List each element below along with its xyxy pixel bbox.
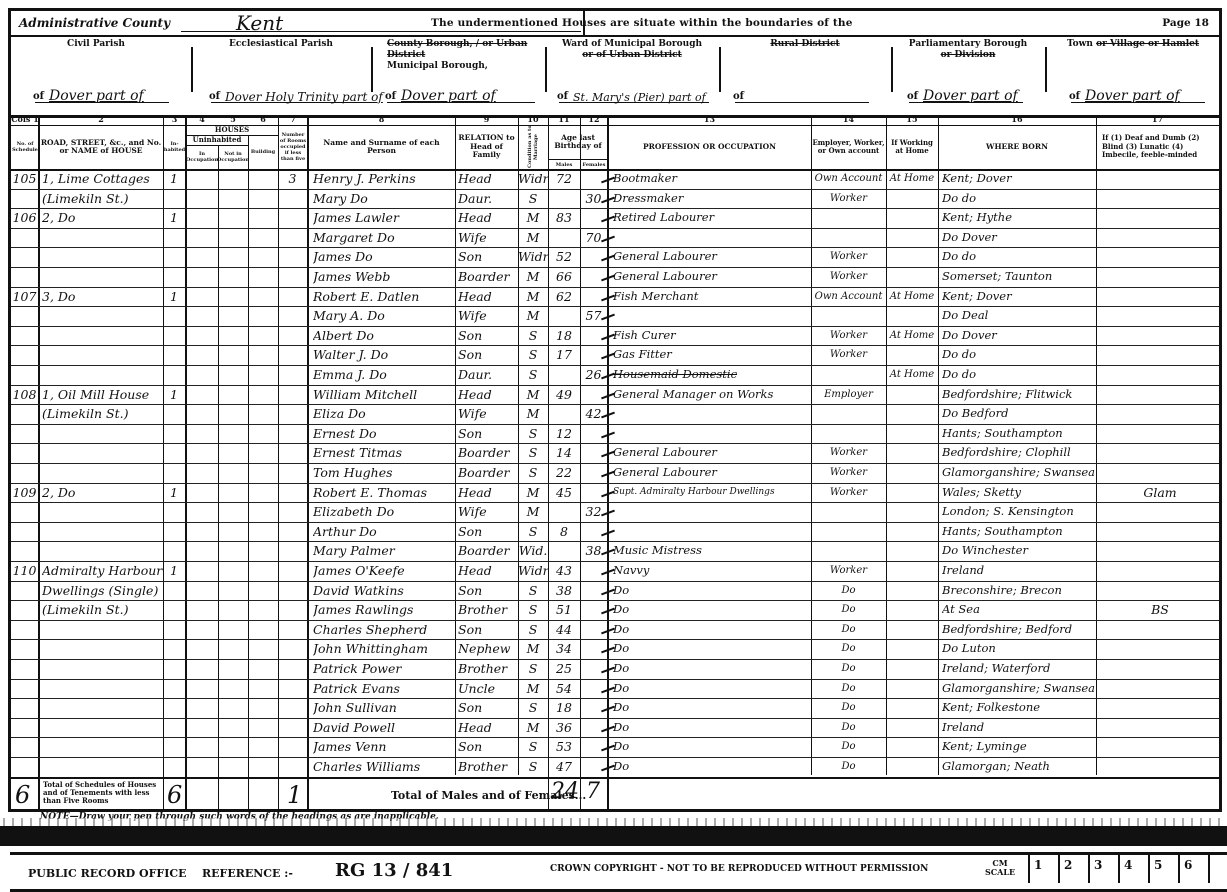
schedule-number	[11, 679, 38, 699]
age-male	[548, 228, 580, 248]
person-name: James O'Keefe	[313, 561, 455, 581]
relation: Nephew	[458, 639, 518, 659]
schedule-number	[11, 659, 38, 679]
table-row: Albert DoSonS18Fish CurerWorkerAt HomeDo…	[11, 326, 1219, 347]
table-row: James VennSonS53DoDoKent; Lyminge	[11, 737, 1219, 758]
birthplace: Do do	[942, 189, 1096, 209]
scale-mark: 1	[1028, 855, 1058, 883]
age-female	[580, 561, 607, 581]
rooms-count	[278, 698, 307, 718]
address	[42, 267, 163, 287]
heading-address: ROAD, STREET, &c., and No. or NAME of HO…	[39, 125, 163, 169]
person-name: Patrick Evans	[313, 679, 455, 699]
birthplace: Glamorganshire; Swansea	[942, 463, 1096, 483]
address: (Limekiln St.)	[42, 600, 163, 620]
rooms-count	[278, 502, 307, 522]
age-male	[548, 502, 580, 522]
person-name: Robert E. Thomas	[313, 483, 455, 503]
employment-status: Do	[811, 581, 886, 601]
inhabited-count	[163, 737, 185, 757]
relation: Head	[458, 169, 518, 189]
occupation: General Labourer	[613, 463, 811, 483]
birthplace: At Sea	[942, 600, 1096, 620]
working-at-home	[886, 443, 938, 463]
person-name: Mary A. Do	[313, 306, 455, 326]
heading-not-in-occupation: Not in Occupation	[218, 145, 248, 169]
age-female	[580, 757, 607, 777]
inhabited-count	[163, 581, 185, 601]
age-female	[580, 424, 607, 444]
schedule-number	[11, 189, 38, 209]
marital-condition: M	[518, 502, 548, 522]
rural-district-struck: Rural District	[770, 39, 839, 49]
table-row: Elizabeth DoWifeM32London; S. Kensington	[11, 502, 1219, 523]
table-row: 1051, Lime Cottages13Henry J. PerkinsHea…	[11, 169, 1219, 190]
table-row: 1092, Do1Robert E. ThomasHeadM45Supt. Ad…	[11, 483, 1219, 504]
table-row: Ernest DoSonS12Hants; Southampton	[11, 424, 1219, 445]
relation: Head	[458, 483, 518, 503]
archive-footer: PUBLIC RECORD OFFICE REFERENCE :- RG 13 …	[10, 852, 1227, 892]
inhabited-count	[163, 541, 185, 561]
schedule-number: 106	[11, 208, 38, 228]
address: 3, Do	[42, 287, 163, 307]
schedule-number	[11, 228, 38, 248]
town-label: Town	[1067, 39, 1093, 49]
marital-condition: M	[518, 483, 548, 503]
rooms-count	[278, 385, 307, 405]
occupation: General Labourer	[613, 443, 811, 463]
rooms-count	[278, 463, 307, 483]
rooms-count	[278, 639, 307, 659]
occupation: Fish Curer	[613, 326, 811, 346]
infirmity	[1101, 365, 1219, 385]
heading-age: Age last Birthday of	[548, 125, 608, 159]
ecclesiastical-parish: Ecclesiastical Parish ofDover Holy Trini…	[193, 35, 369, 115]
birthplace: Kent; Dover	[942, 287, 1096, 307]
infirmity	[1101, 737, 1219, 757]
working-at-home	[886, 659, 938, 679]
occupation: Do	[613, 620, 811, 640]
working-at-home	[886, 522, 938, 542]
working-at-home: At Home	[886, 326, 938, 346]
age-male: 54	[548, 679, 580, 699]
schedule-number	[11, 639, 38, 659]
employment-status	[811, 208, 886, 228]
birthplace: Bedfordshire; Bedford	[942, 620, 1096, 640]
employment-status: Do	[811, 698, 886, 718]
age-female	[580, 718, 607, 738]
marital-condition: S	[518, 620, 548, 640]
address: Dwellings (Single)	[42, 581, 163, 601]
marital-condition: S	[518, 698, 548, 718]
address: (Limekiln St.)	[42, 404, 163, 424]
municipal-borough-struck: County Borough, / or Urban District	[387, 39, 527, 60]
person-name: William Mitchell	[313, 385, 455, 405]
form-description: The undermentioned Houses are situate wi…	[431, 17, 853, 29]
heading-relation: RELATION to Head of Family	[455, 125, 518, 169]
marital-condition: M	[518, 404, 548, 424]
relation: Brother	[458, 757, 518, 777]
rooms-count	[278, 424, 307, 444]
schedule-number	[11, 620, 38, 640]
occupation: Music Mistress	[613, 541, 811, 561]
relation: Son	[458, 345, 518, 365]
inhabited-count: 1	[163, 483, 185, 503]
person-name: Mary Palmer	[313, 541, 455, 561]
occupation	[613, 424, 811, 444]
address	[42, 620, 163, 640]
inhabited-count	[163, 698, 185, 718]
infirmity	[1101, 287, 1219, 307]
inhabited-count	[163, 189, 185, 209]
rooms-count	[278, 247, 307, 267]
schedule-number	[11, 267, 38, 287]
occupation: Do	[613, 600, 811, 620]
age-female: 42	[580, 404, 607, 424]
table-row: James DoSonWidr.52General LabourerWorker…	[11, 247, 1219, 268]
address	[42, 424, 163, 444]
age-female	[580, 620, 607, 640]
schedule-number	[11, 737, 38, 757]
heading-females: Females	[580, 160, 608, 169]
table-row: Mary PalmerBoarderWid.38Music MistressDo…	[11, 541, 1219, 562]
address	[42, 443, 163, 463]
infirmity	[1101, 541, 1219, 561]
person-name: John Sullivan	[313, 698, 455, 718]
heading-occupation: PROFESSION OR OCCUPATION	[608, 125, 811, 169]
table-row: David PowellHeadM36DoDoIreland	[11, 718, 1219, 739]
marital-condition: S	[518, 757, 548, 777]
marital-condition: M	[518, 639, 548, 659]
age-male: 38	[548, 581, 580, 601]
marital-condition: Widr.	[518, 169, 548, 189]
age-female	[580, 581, 607, 601]
address: Admiralty Harbour	[42, 561, 163, 581]
birthplace: Do Dover	[942, 326, 1096, 346]
municipal-borough-label: Municipal Borough,	[387, 61, 488, 71]
rooms-count	[278, 189, 307, 209]
employment-status	[811, 424, 886, 444]
inhabited-count	[163, 247, 185, 267]
address: 2, Do	[42, 483, 163, 503]
working-at-home	[886, 620, 938, 640]
schedule-number: 109	[11, 483, 38, 503]
age-female	[580, 385, 607, 405]
age-male: 18	[548, 698, 580, 718]
age-male: 44	[548, 620, 580, 640]
heading-working-at-home: If Working at Home	[886, 125, 938, 169]
table-row: Mary A. DoWifeM57Do Deal	[11, 306, 1219, 327]
age-female	[580, 463, 607, 483]
inhabited-count	[163, 639, 185, 659]
birthplace: Kent; Lyminge	[942, 737, 1096, 757]
birthplace: Glamorgan; Neath	[942, 757, 1096, 777]
working-at-home	[886, 267, 938, 287]
relation: Boarder	[458, 443, 518, 463]
rooms-count	[278, 287, 307, 307]
person-name: Walter J. Do	[313, 345, 455, 365]
occupation: Do	[613, 679, 811, 699]
relation: Son	[458, 424, 518, 444]
rooms-count	[278, 718, 307, 738]
infirmity	[1101, 404, 1219, 424]
parliamentary-borough-value: Dover part of	[923, 88, 1018, 104]
inhabited-count	[163, 463, 185, 483]
relation: Son	[458, 698, 518, 718]
birthplace: Bedfordshire; Flitwick	[942, 385, 1096, 405]
birthplace: Bedfordshire; Clophill	[942, 443, 1096, 463]
town-value: Dover part of	[1085, 88, 1180, 104]
marital-condition: S	[518, 345, 548, 365]
infirmity	[1101, 679, 1219, 699]
address	[42, 365, 163, 385]
relation: Head	[458, 718, 518, 738]
infirmity	[1101, 267, 1219, 287]
infirmity	[1101, 561, 1219, 581]
scan-dark-band	[0, 826, 1227, 846]
page-number: Page 18	[1162, 17, 1209, 29]
relation: Wife	[458, 228, 518, 248]
totals-row: 6Total of Schedules of Houses and of Ten…	[11, 777, 1219, 815]
table-row: Walter J. DoSonS17Gas FitterWorkerDo do	[11, 345, 1219, 366]
rooms-count	[278, 404, 307, 424]
person-name: Mary Do	[313, 189, 455, 209]
heading-name: Name and Surname of each Person	[308, 125, 455, 169]
employment-status	[811, 522, 886, 542]
person-name: Robert E. Datlen	[313, 287, 455, 307]
address	[42, 541, 163, 561]
inhabited-count: 1	[163, 385, 185, 405]
schedule-number	[11, 522, 38, 542]
employment-status	[811, 306, 886, 326]
rooms-count	[278, 208, 307, 228]
birthplace: London; S. Kensington	[942, 502, 1096, 522]
civil-parish-label: Civil Parish	[11, 35, 181, 50]
working-at-home: At Home	[886, 169, 938, 189]
inhabited-count	[163, 345, 185, 365]
occupation: General Labourer	[613, 247, 811, 267]
civil-parish-value: Dover part of	[49, 88, 144, 104]
age-male: 52	[548, 247, 580, 267]
footer-reference: RG 13 / 841	[335, 860, 453, 881]
birthplace: Ireland; Waterford	[942, 659, 1096, 679]
age-male: 25	[548, 659, 580, 679]
relation: Daur.	[458, 189, 518, 209]
rooms-count	[278, 659, 307, 679]
table-row: Charles WilliamsBrotherS47DoDoGlamorgan;…	[11, 757, 1219, 778]
table-row: Emma J. DoDaur.S26Housemaid DomesticAt H…	[11, 365, 1219, 386]
age-female	[580, 345, 607, 365]
marital-condition: M	[518, 679, 548, 699]
employment-status: Worker	[811, 561, 886, 581]
relation: Head	[458, 385, 518, 405]
occupation: Do	[613, 698, 811, 718]
infirmity	[1101, 698, 1219, 718]
working-at-home	[886, 679, 938, 699]
schedule-number	[11, 247, 38, 267]
age-male: 43	[548, 561, 580, 581]
birthplace: Do Bedford	[942, 404, 1096, 424]
address	[42, 659, 163, 679]
boundaries-row: Civil Parish ofDover part of Ecclesiasti…	[11, 35, 1219, 118]
ward-struck: or of Urban District	[582, 50, 682, 60]
inhabited-count: 1	[163, 169, 185, 189]
table-row: James WebbBoarderM66General LabourerWork…	[11, 267, 1219, 288]
employment-status: Worker	[811, 483, 886, 503]
table-row: Dwellings (Single)David WatkinsSonS38DoD…	[11, 581, 1219, 602]
occupation: Do	[613, 757, 811, 777]
footer-reference-label: REFERENCE :-	[202, 867, 293, 880]
age-male	[548, 404, 580, 424]
town-village-hamlet: Town or Village or Hamlet ofDover part o…	[1047, 35, 1219, 115]
employment-status: Employer	[811, 385, 886, 405]
schedule-number: 105	[11, 169, 38, 189]
heading-building: Building	[248, 135, 278, 169]
working-at-home	[886, 581, 938, 601]
birthplace: Ireland	[942, 561, 1096, 581]
birthplace: Ireland	[942, 718, 1096, 738]
age-male: 53	[548, 737, 580, 757]
administrative-county-value: Kent	[236, 11, 283, 35]
employment-status: Worker	[811, 189, 886, 209]
employment-status: Do	[811, 639, 886, 659]
person-name: James Webb	[313, 267, 455, 287]
working-at-home	[886, 306, 938, 326]
relation: Head	[458, 561, 518, 581]
birthplace: Somerset; Taunton	[942, 267, 1096, 287]
age-male: 34	[548, 639, 580, 659]
employment-status: Worker	[811, 463, 886, 483]
column-headings: No. of Schedule ROAD, STREET, &c., and N…	[11, 125, 1219, 171]
occupation: Supt. Admiralty Harbour Dwellings	[613, 483, 811, 503]
employment-status	[811, 228, 886, 248]
age-female: 26	[580, 365, 607, 385]
occupation: Do	[613, 659, 811, 679]
infirmity	[1101, 247, 1219, 267]
marital-condition: S	[518, 463, 548, 483]
person-name: James Do	[313, 247, 455, 267]
birthplace: Do Winchester	[942, 541, 1096, 561]
rooms-count	[278, 228, 307, 248]
age-male: 12	[548, 424, 580, 444]
infirmity	[1101, 385, 1219, 405]
birthplace: Do Luton	[942, 639, 1096, 659]
inhabited-count	[163, 502, 185, 522]
parliamentary-borough: Parliamentary Boroughor Division ofDover…	[893, 35, 1043, 115]
employment-status: Do	[811, 679, 886, 699]
address	[42, 522, 163, 542]
schedule-number	[11, 502, 38, 522]
age-male	[548, 189, 580, 209]
schedule-number	[11, 541, 38, 561]
schedule-number: 110	[11, 561, 38, 581]
relation: Head	[458, 287, 518, 307]
scale-mark: 4	[1118, 855, 1148, 883]
person-name: Charles Shepherd	[313, 620, 455, 640]
inhabited-count: 1	[163, 287, 185, 307]
relation: Son	[458, 737, 518, 757]
employment-status: Worker	[811, 267, 886, 287]
relation: Son	[458, 326, 518, 346]
table-row: John SullivanSonS18DoDoKent; Folkestone	[11, 698, 1219, 719]
inhabited-count	[163, 522, 185, 542]
age-female: 57	[580, 306, 607, 326]
infirmity	[1101, 169, 1219, 189]
age-male: 47	[548, 757, 580, 777]
age-male: 8	[548, 522, 580, 542]
infirmity	[1101, 443, 1219, 463]
age-male	[548, 365, 580, 385]
ecclesiastical-parish-value: Dover Holy Trinity part of	[225, 90, 383, 104]
rooms-count	[278, 267, 307, 287]
heading-employment: Employer, Worker, or Own account	[811, 125, 886, 169]
marital-condition: S	[518, 659, 548, 679]
scale-mark: 6	[1178, 855, 1208, 883]
relation: Brother	[458, 600, 518, 620]
employment-status: Do	[811, 620, 886, 640]
marital-condition: S	[518, 365, 548, 385]
person-name: Ernest Titmas	[313, 443, 455, 463]
age-female: 38	[580, 541, 607, 561]
age-female	[580, 326, 607, 346]
age-male: 83	[548, 208, 580, 228]
employment-status	[811, 502, 886, 522]
rooms-count	[278, 581, 307, 601]
occupation: General Labourer	[613, 267, 811, 287]
employment-status	[811, 541, 886, 561]
rooms-count	[278, 620, 307, 640]
relation: Brother	[458, 659, 518, 679]
infirmity	[1101, 639, 1219, 659]
person-name: Emma J. Do	[313, 365, 455, 385]
age-male: 45	[548, 483, 580, 503]
relation: Son	[458, 620, 518, 640]
address: (Limekiln St.)	[42, 189, 163, 209]
schedule-number	[11, 443, 38, 463]
person-name: David Watkins	[313, 581, 455, 601]
municipal-borough: County Borough, / or Urban DistrictMunic…	[373, 35, 543, 115]
working-at-home	[886, 600, 938, 620]
marital-condition: Wid.	[518, 541, 548, 561]
age-female	[580, 698, 607, 718]
age-female	[580, 208, 607, 228]
working-at-home	[886, 757, 938, 777]
rooms-count	[278, 679, 307, 699]
marital-condition: S	[518, 443, 548, 463]
person-name: Elizabeth Do	[313, 502, 455, 522]
infirmity	[1101, 581, 1219, 601]
table-row: Ernest TitmasBoarderS14General LabourerW…	[11, 443, 1219, 464]
inhabited-count	[163, 757, 185, 777]
heading-rooms: Number of Rooms occupied if less than fi…	[278, 125, 308, 169]
table-row: 110Admiralty Harbour1James O'KeefeHeadWi…	[11, 561, 1219, 582]
table-row: Margaret DoWifeM70Do Dover	[11, 228, 1219, 249]
inhabited-count	[163, 365, 185, 385]
birthplace: Do Dover	[942, 228, 1096, 248]
parliamentary-borough-struck: or Division	[941, 50, 996, 60]
schedule-number	[11, 757, 38, 777]
cm-scale: 1 2 3 4 5 6	[1028, 855, 1227, 883]
address	[42, 345, 163, 365]
person-name: Margaret Do	[313, 228, 455, 248]
occupation: Do	[613, 737, 811, 757]
age-male: 72	[548, 169, 580, 189]
marital-condition: S	[518, 424, 548, 444]
working-at-home	[886, 404, 938, 424]
rooms-count	[278, 483, 307, 503]
rooms-count	[278, 541, 307, 561]
working-at-home	[886, 718, 938, 738]
